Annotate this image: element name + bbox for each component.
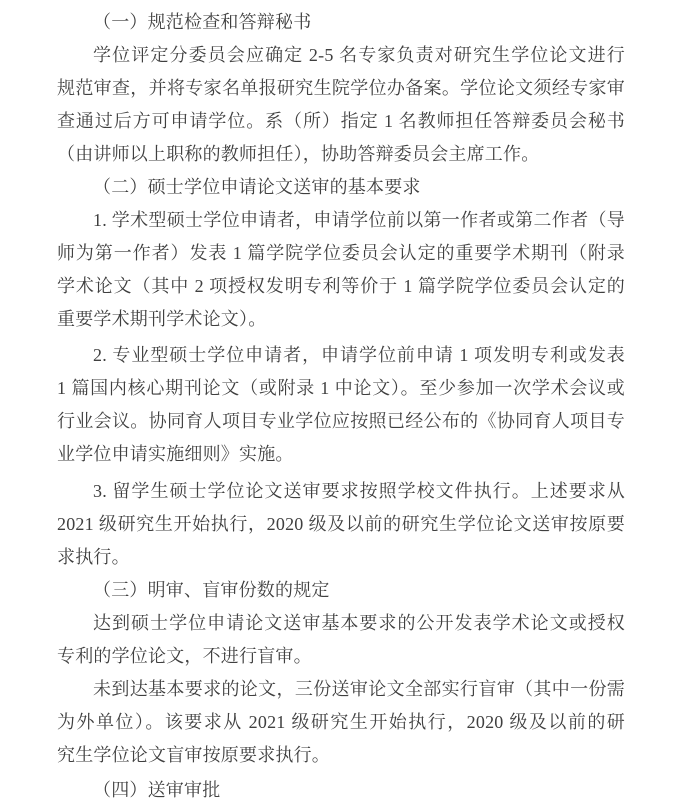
body-line: 未到达基本要求的论文，三份送审论文全部实行盲审（其中一份需 [57,673,625,706]
document-page: （一）规范检查和答辩秘书 学位评定分委员会应确定 2-5 名专家负责对研究生学位… [0,0,679,812]
body-line: 2021 级研究生开始执行，2020 级及以前的研究生学位论文送审按原要 [57,508,625,541]
body-line: 达到硕士学位申请论文送审基本要求的公开发表学术论文或授权 [57,607,625,640]
body-line: 规范审查，并将专家名单报研究生院学位办备案。学位论文须经专家审 [57,72,625,105]
section-heading: （四）送审审批 [57,774,625,807]
body-line: 查通过后方可申请学位。系（所）指定 1 名教师担任答辩委员会秘书 [57,105,625,138]
body-line: 1. 学术型硕士学位申请者，申请学位前以第一作者或第二作者（导 [57,204,625,237]
body-line: 3. 留学生硕士学位论文送审要求按照学校文件执行。上述要求从 [57,475,625,508]
body-line: 学位评定分委员会应确定 2-5 名专家负责对研究生学位论文进行 [57,39,625,72]
section-heading: （二）硕士学位申请论文送审的基本要求 [57,171,625,204]
body-line: 专利的学位论文，不进行盲审。 [57,640,625,673]
body-line: 重要学术期刊学术论文）。 [57,303,625,336]
body-line: 学术论文（其中 2 项授权发明专利等价于 1 篇学院学位委员会认定的 [57,270,625,303]
body-line: 为外单位）。该要求从 2021 级研究生开始执行，2020 级及以前的研 [57,706,625,739]
body-line: 1 篇国内核心期刊论文（或附录 1 中论文）。至少参加一次学术会议或 [57,372,625,405]
body-line: 行业会议。协同育人项目专业学位应按照已经公布的《协同育人项目专 [57,405,625,438]
body-line: 业学位申请实施细则》实施。 [57,438,625,471]
body-line: （由讲师以上职称的教师担任），协助答辩委员会主席工作。 [57,138,625,171]
body-line: 求执行。 [57,541,625,574]
body-line: 师为第一作者）发表 1 篇学院学位委员会认定的重要学术期刊（附录 1） [57,237,625,270]
body-line: 究生学位论文盲审按原要求执行。 [57,739,625,772]
body-line: 2. 专业型硕士学位申请者，申请学位前申请 1 项发明专利或发表 [57,339,625,372]
section-heading: （一）规范检查和答辩秘书 [57,6,625,39]
section-heading: （三）明审、盲审份数的规定 [57,574,625,607]
